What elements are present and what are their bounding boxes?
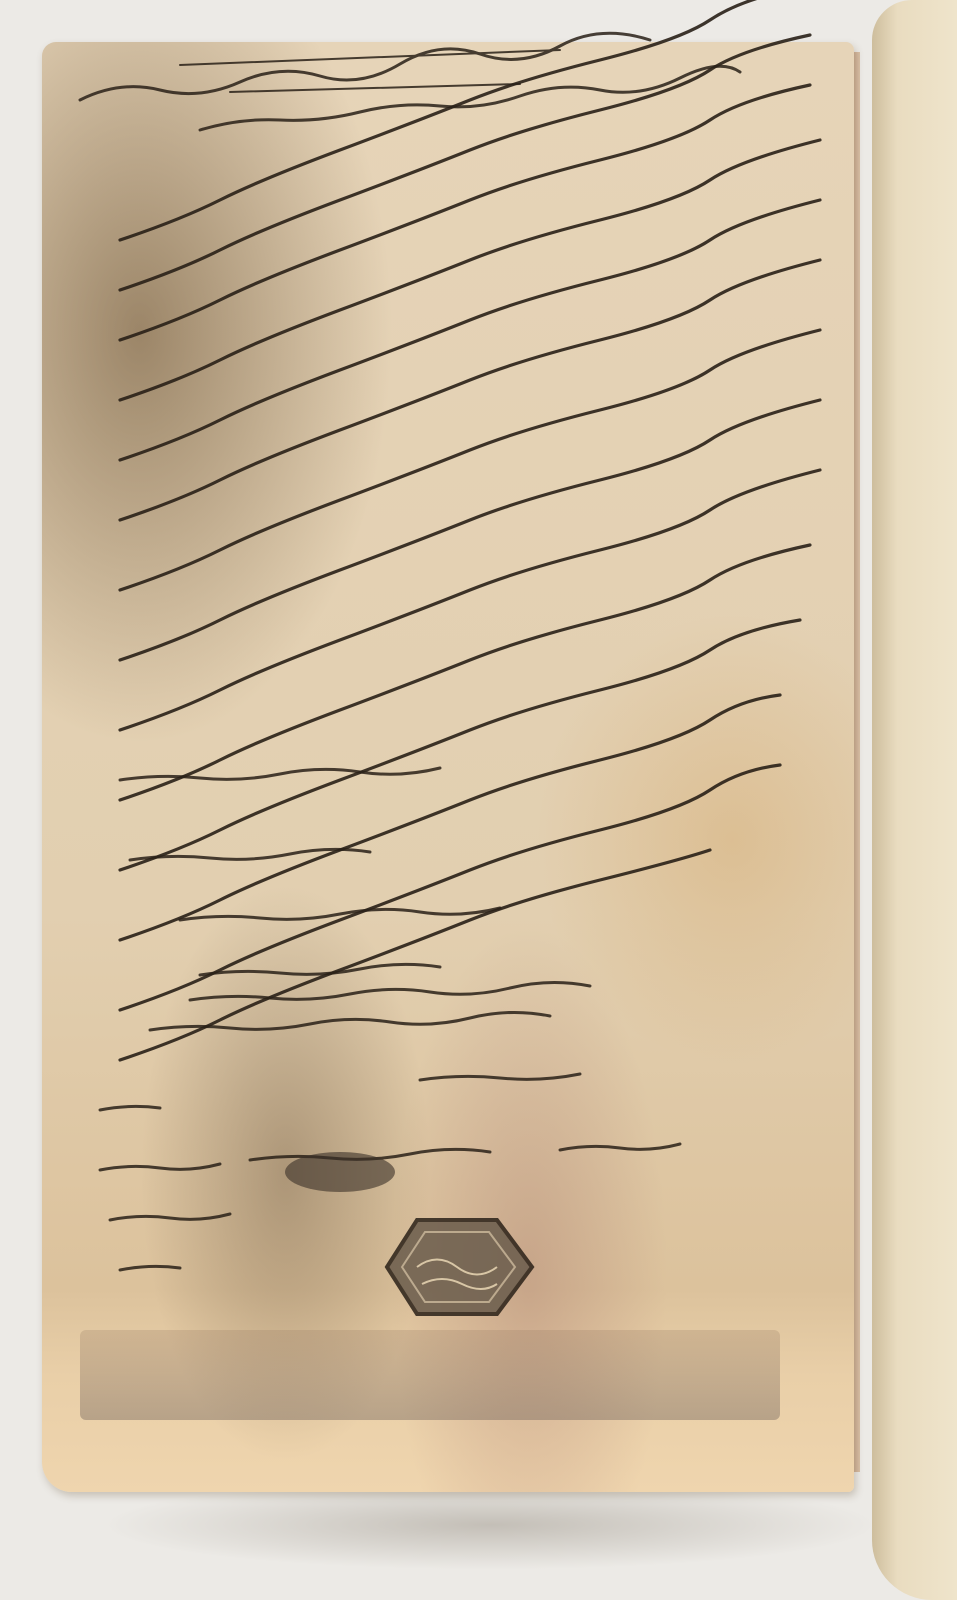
handwritten-script — [0, 0, 957, 1600]
seal-stamp — [367, 1212, 547, 1322]
